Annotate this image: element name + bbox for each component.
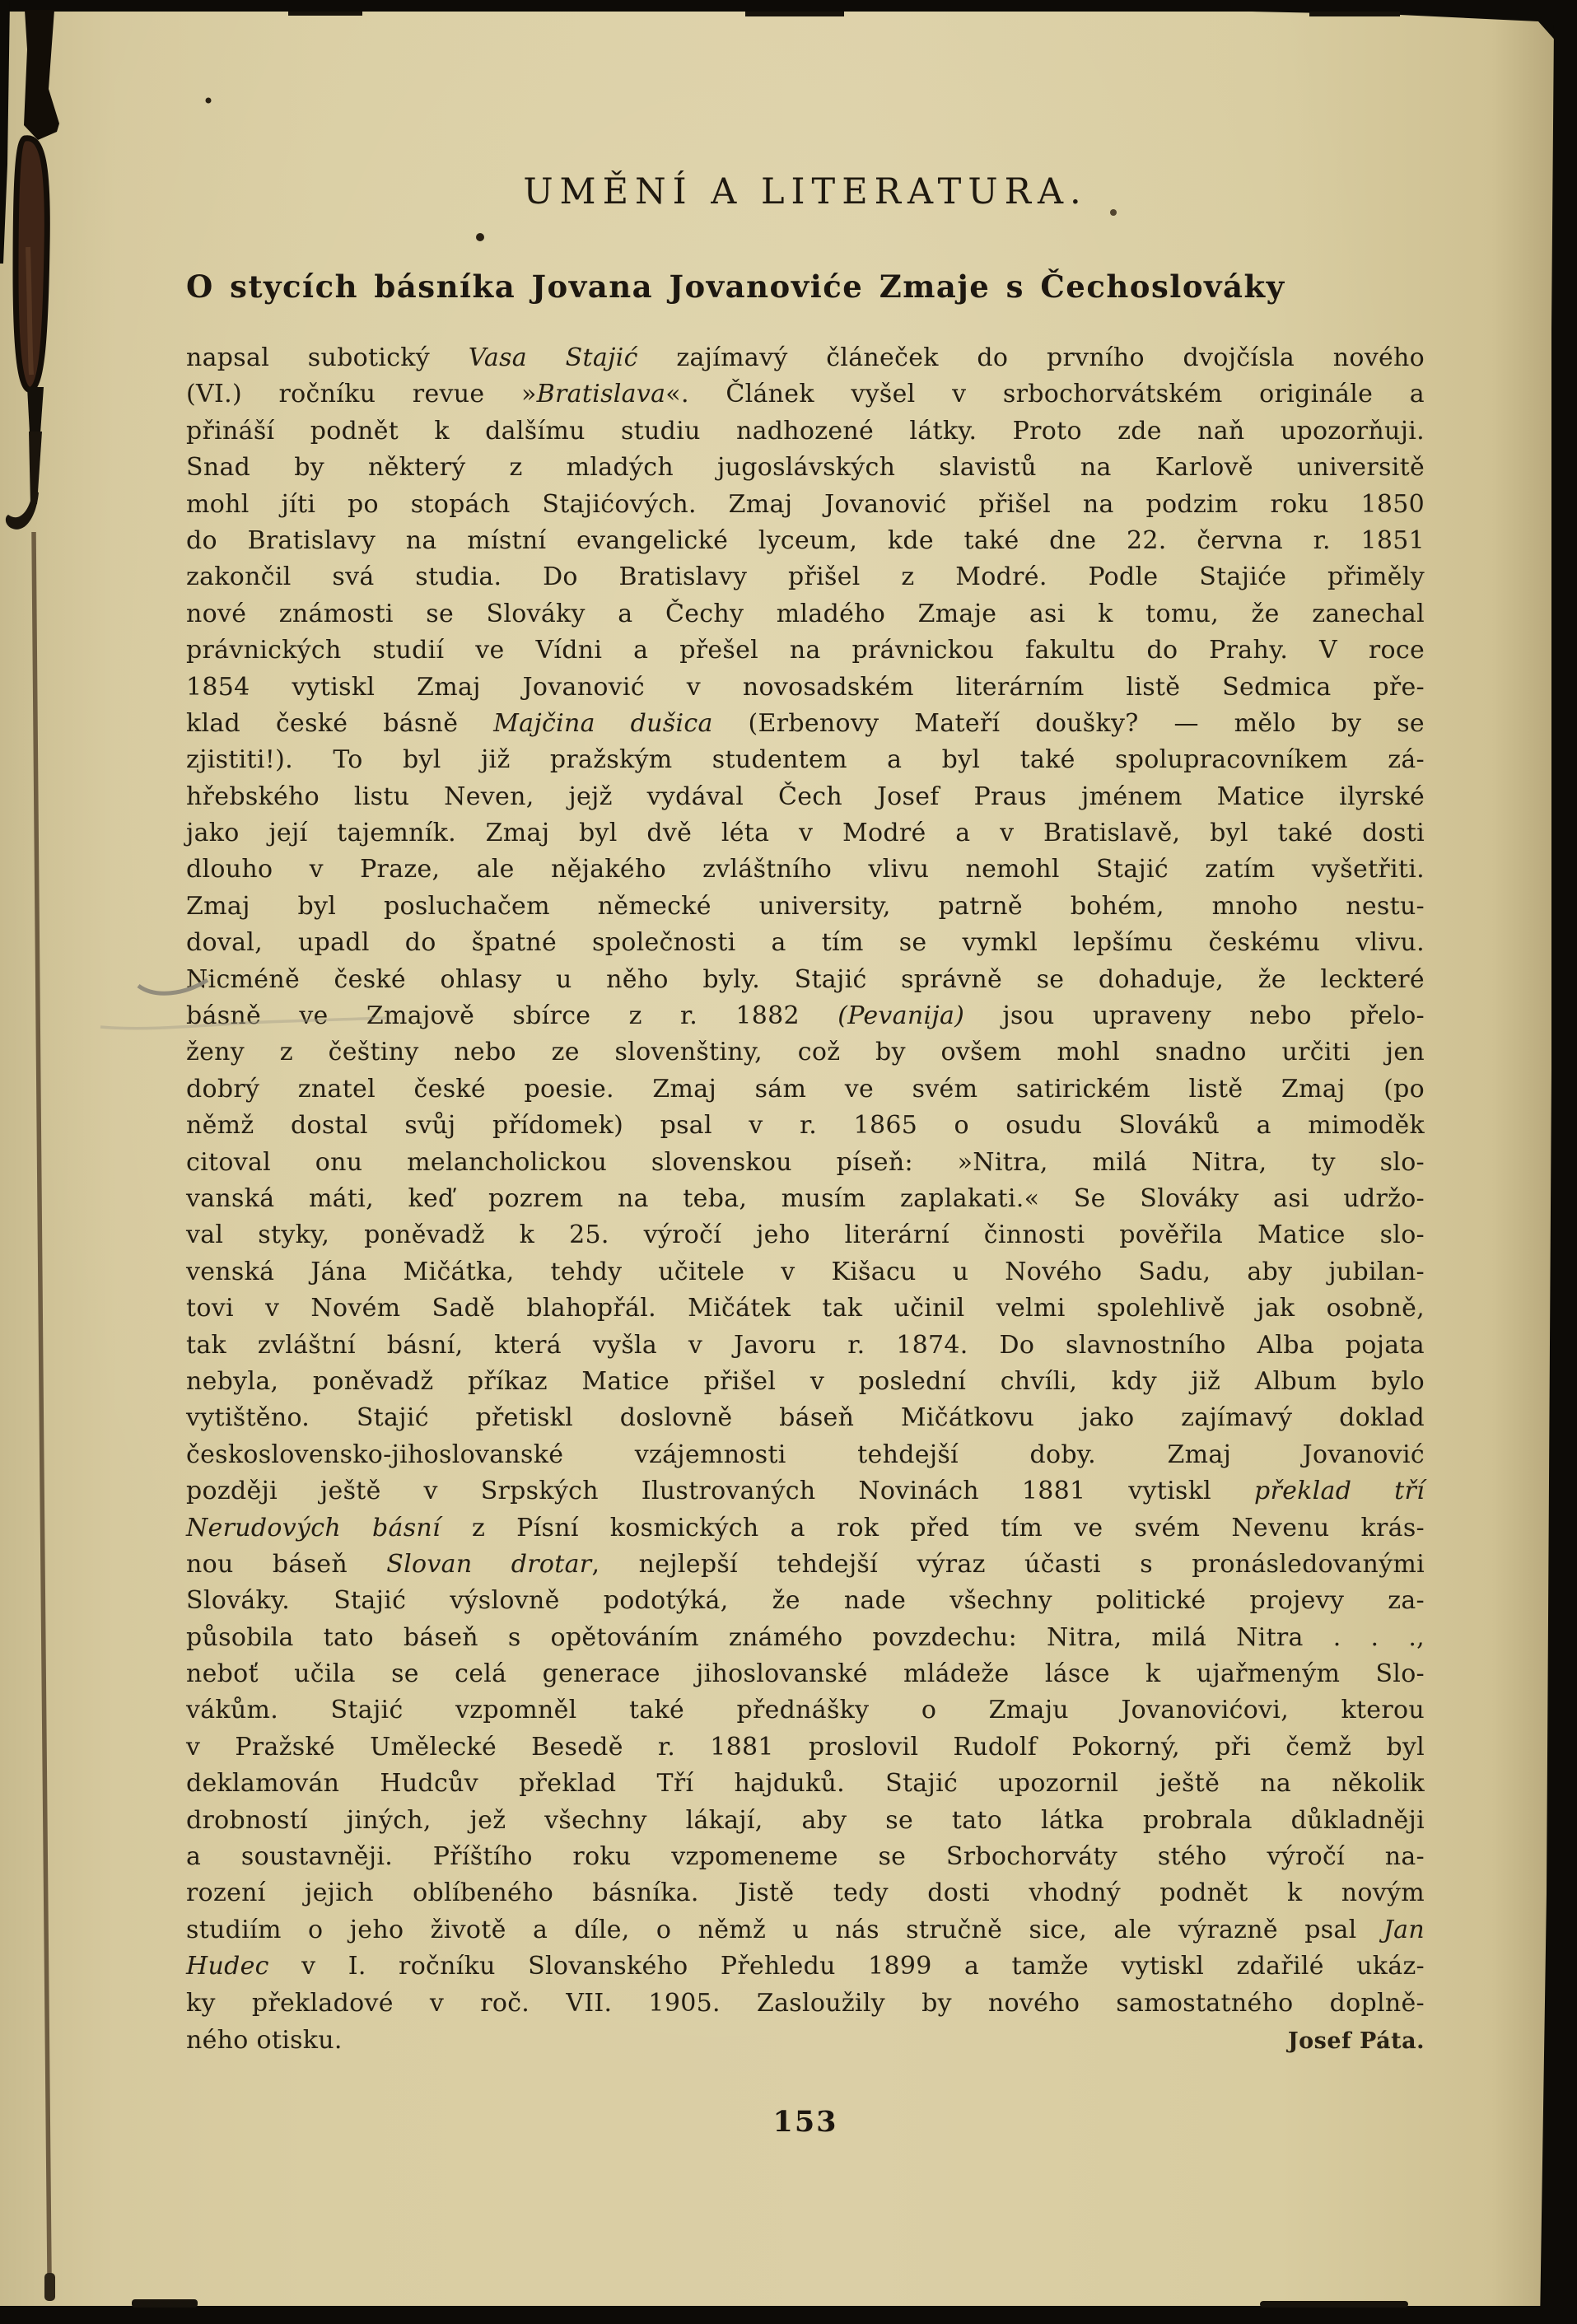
italic-text-segment: (Pevanija) <box>837 1001 964 1030</box>
text-segment: Slováky. Stajić výslovně podotýká, že na… <box>186 1586 1425 1615</box>
text-segment: Snad by některý z mladých jugoslávských … <box>186 453 1425 482</box>
body-line: drobností jiných, jež všechny lákají, ab… <box>186 1803 1425 1839</box>
body-line: nebyla, poněvadž příkaz Matice přišel v … <box>186 1364 1425 1400</box>
article-title: O stycích básníka Jovana Jovanoviće Zmaj… <box>186 268 1504 305</box>
closing-text: ného otisku. <box>186 2022 343 2060</box>
body-line: tovi v Novém Sadě blahopřál. Mičátek tak… <box>186 1290 1425 1327</box>
body-line: ky překladové v roč. VII. 1905. Zaslouži… <box>186 1986 1425 2022</box>
body-line: val styky, poněvadž k 25. výročí jeho li… <box>186 1217 1425 1253</box>
text-segment: hřebského listu Neven, jejž vydával Čech… <box>186 782 1425 811</box>
body-line: přináší podnět k dalšímu studiu nadhozen… <box>186 413 1425 450</box>
italic-text-segment: Hudec <box>186 1952 269 1981</box>
text-segment: nou báseň <box>186 1550 386 1579</box>
text-segment: jsou upraveny nebo přelo- <box>964 1001 1425 1030</box>
italic-text-segment: Vasa Stajić <box>469 343 638 372</box>
body-line: 1854 vytiskl Zmaj Jovanović v novosadské… <box>186 670 1425 706</box>
text-segment: zakončil svá studia. Do Bratislavy přiše… <box>186 562 1425 591</box>
text-segment: Nicméně české ohlasy u něho byly. Stajić… <box>186 965 1425 994</box>
body-line: působila tato báseň s opětováním známého… <box>186 1620 1425 1656</box>
body-line: později ještě v Srpských Ilustrovaných N… <box>186 1473 1425 1510</box>
text-segment: přináší podnět k dalšímu studiu nadhozen… <box>186 417 1425 446</box>
body-line: citoval onu melancholickou slovenskou pí… <box>186 1145 1425 1181</box>
text-segment: deklamován Hudcův překlad Tří hajduků. S… <box>186 1769 1425 1798</box>
body-line: napsal subotický Vasa Stajić zajímavý čl… <box>186 340 1425 376</box>
text-segment: československo-jihoslovanské vzájemnosti… <box>186 1440 1425 1469</box>
body-line: jako její tajemník. Zmaj byl dvě léta v … <box>186 815 1425 852</box>
text-segment: klad české básně <box>186 709 493 738</box>
body-line: rození jejich oblíbeného básníka. Jistě … <box>186 1875 1425 1911</box>
text-segment: «. Článek vyšel v srbochorvátském origin… <box>665 380 1425 408</box>
text-segment: tak zvláštní básní, která vyšla v Javoru… <box>186 1331 1425 1360</box>
body-line: vákům. Stajić vzpomněl také přednášky o … <box>186 1692 1425 1729</box>
body-text: napsal subotický Vasa Stajić zajímavý čl… <box>186 340 1425 2060</box>
body-line: vytištěno. Stajić přetiskl doslovně báse… <box>186 1400 1425 1436</box>
closing-line: ného otisku. Josef Páta. <box>186 2022 1425 2060</box>
text-segment: později ještě v Srpských Ilustrovaných N… <box>186 1477 1254 1505</box>
text-segment: drobností jiných, jež všechny lákají, ab… <box>186 1806 1425 1835</box>
body-line: Slováky. Stajić výslovně podotýká, že na… <box>186 1583 1425 1619</box>
text-segment: nebyla, poněvadž příkaz Matice přišel v … <box>186 1367 1425 1396</box>
body-line: v Pražské Umělecké Besedě r. 1881 proslo… <box>186 1729 1425 1766</box>
body-line: dobrý znatel české poesie. Zmaj sám ve s… <box>186 1071 1425 1108</box>
body-line: nou báseň Slovan drotar, nejlepší tehdej… <box>186 1547 1425 1583</box>
text-segment: vákům. Stajić vzpomněl také přednášky o … <box>186 1696 1425 1724</box>
text-segment: ky překladové v roč. VII. 1905. Zaslouži… <box>186 1989 1425 2018</box>
body-line: nové známosti se Slováky a Čechy mladého… <box>186 596 1425 632</box>
body-line: doval, upadl do špatné společnosti a tím… <box>186 925 1425 961</box>
text-segment: val styky, poněvadž k 25. výročí jeho li… <box>186 1220 1425 1249</box>
body-line: zjistiti!). To byl již pražským studente… <box>186 742 1425 778</box>
text-segment: v Pražské Umělecké Besedě r. 1881 proslo… <box>186 1733 1425 1762</box>
body-line: dlouho v Praze, ale nějakého zvláštního … <box>186 852 1425 888</box>
body-line: ženy z češtiny nebo ze slovenštiny, což … <box>186 1034 1425 1071</box>
body-line: hřebského listu Neven, jejž vydával Čech… <box>186 779 1425 815</box>
body-line: venská Jána Mičátka, tehdy učitele v Kiš… <box>186 1254 1425 1290</box>
text-segment: doval, upadl do špatné společnosti a tím… <box>186 928 1425 957</box>
text-segment: právnických studií ve Vídni a přešel na … <box>186 636 1425 665</box>
body-lines: napsal subotický Vasa Stajić zajímavý čl… <box>186 340 1425 2022</box>
section-title: UMĚNÍ A LITERATURA. <box>186 171 1425 212</box>
body-line: studiím o jeho životě a díle, o němž u n… <box>186 1912 1425 1948</box>
text-segment: vanská máti, keď pozrem na teba, musím z… <box>186 1184 1425 1213</box>
body-line: zakončil svá studia. Do Bratislavy přiše… <box>186 559 1425 595</box>
text-segment: napsal subotický <box>186 343 469 372</box>
text-segment: němž dostal svůj přídomek) psal v r. 186… <box>186 1111 1425 1140</box>
body-line: deklamován Hudcův překlad Tří hajduků. S… <box>186 1766 1425 1802</box>
text-segment: nové známosti se Slováky a Čechy mladého… <box>186 600 1425 628</box>
text-segment: dlouho v Praze, ale nějakého zvláštního … <box>186 855 1425 884</box>
text-segment: do Bratislavy na místní evangelické lyce… <box>186 526 1425 555</box>
text-segment: z Písní kosmických a rok před tím ve své… <box>441 1514 1425 1542</box>
text-segment: ženy z češtiny nebo ze slovenštiny, což … <box>186 1038 1425 1066</box>
italic-text-segment: Slovan drotar <box>386 1550 591 1579</box>
body-line: vanská máti, keď pozrem na teba, musím z… <box>186 1181 1425 1217</box>
text-segment: (VI.) ročníku revue » <box>186 380 537 408</box>
body-line: a soustavněji. Příštího roku vzpomeneme … <box>186 1839 1425 1875</box>
body-line: do Bratislavy na místní evangelické lyce… <box>186 523 1425 559</box>
body-line: Hudec v I. ročníku Slovanského Přehledu … <box>186 1948 1425 1985</box>
body-line: Zmaj byl posluchačem německé university,… <box>186 889 1425 925</box>
italic-text-segment: Bratislava <box>537 380 666 408</box>
scanned-book-page: { "page": { "section_title": "UMĚNÍ A LI… <box>0 0 1577 2324</box>
italic-text-segment: Jan <box>1383 1916 1425 1944</box>
italic-text-segment: překlad tří <box>1254 1477 1425 1505</box>
body-line: Nicméně české ohlasy u něho byly. Stajić… <box>186 962 1425 998</box>
body-line: klad české básně Majčina dušica (Erbenov… <box>186 706 1425 742</box>
body-line: právnických studií ve Vídni a přešel na … <box>186 632 1425 669</box>
text-segment: citoval onu melancholickou slovenskou pí… <box>186 1148 1425 1177</box>
text-segment: , nejlepší tehdejší výraz účasti s proná… <box>591 1550 1425 1579</box>
author-signature: Josef Páta. <box>1288 2023 1425 2060</box>
text-segment: a soustavněji. Příštího roku vzpomeneme … <box>186 1842 1425 1871</box>
text-segment: tovi v Novém Sadě blahopřál. Mičátek tak… <box>186 1294 1425 1323</box>
page-number: 153 <box>186 2105 1425 2139</box>
body-line: Nerudových básní z Písní kosmických a ro… <box>186 1510 1425 1547</box>
text-segment: mohl jíti po stopách Stajićových. Zmaj J… <box>186 490 1425 519</box>
text-segment: Zmaj byl posluchačem německé university,… <box>186 892 1425 921</box>
body-line: neboť učila se celá generace jihoslovans… <box>186 1656 1425 1692</box>
body-line: mohl jíti po stopách Stajićových. Zmaj J… <box>186 487 1425 523</box>
text-segment: zjistiti!). To byl již pražským studente… <box>186 745 1425 774</box>
text-segment: 1854 vytiskl Zmaj Jovanović v novosadské… <box>186 673 1425 702</box>
body-line: básně ve Zmajově sbírce z r. 1882 (Pevan… <box>186 998 1425 1034</box>
text-segment: jako její tajemník. Zmaj byl dvě léta v … <box>186 819 1425 847</box>
text-segment: vytištěno. Stajić přetiskl doslovně báse… <box>186 1403 1425 1432</box>
body-line: Snad by některý z mladých jugoslávských … <box>186 450 1425 486</box>
page-content: UMĚNÍ A LITERATURA. O stycích básníka Jo… <box>0 0 1577 2324</box>
body-line: československo-jihoslovanské vzájemnosti… <box>186 1437 1425 1473</box>
body-line: tak zvláštní básní, která vyšla v Javoru… <box>186 1328 1425 1364</box>
text-segment: působila tato báseň s opětováním známého… <box>186 1623 1425 1652</box>
italic-text-segment: Majčina dušica <box>493 709 713 738</box>
body-line: (VI.) ročníku revue »Bratislava«. Článek… <box>186 376 1425 413</box>
text-segment: venská Jána Mičátka, tehdy učitele v Kiš… <box>186 1258 1425 1286</box>
text-segment: neboť učila se celá generace jihoslovans… <box>186 1659 1425 1688</box>
text-segment: v I. ročníku Slovanského Přehledu 1899 a… <box>269 1952 1425 1981</box>
text-segment: rození jejich oblíbeného básníka. Jistě … <box>186 1878 1425 1907</box>
body-line: němž dostal svůj přídomek) psal v r. 186… <box>186 1108 1425 1144</box>
text-segment: dobrý znatel české poesie. Zmaj sám ve s… <box>186 1075 1425 1104</box>
text-segment: studiím o jeho životě a díle, o němž u n… <box>186 1916 1383 1944</box>
italic-text-segment: Nerudových básní <box>186 1514 441 1542</box>
text-segment: básně ve Zmajově sbírce z r. 1882 <box>186 1001 837 1030</box>
text-segment: zajímavý článeček do prvního dvojčísla n… <box>638 343 1425 372</box>
text-segment: (Erbenovy Mateří doušky? — mělo by se <box>713 709 1425 738</box>
